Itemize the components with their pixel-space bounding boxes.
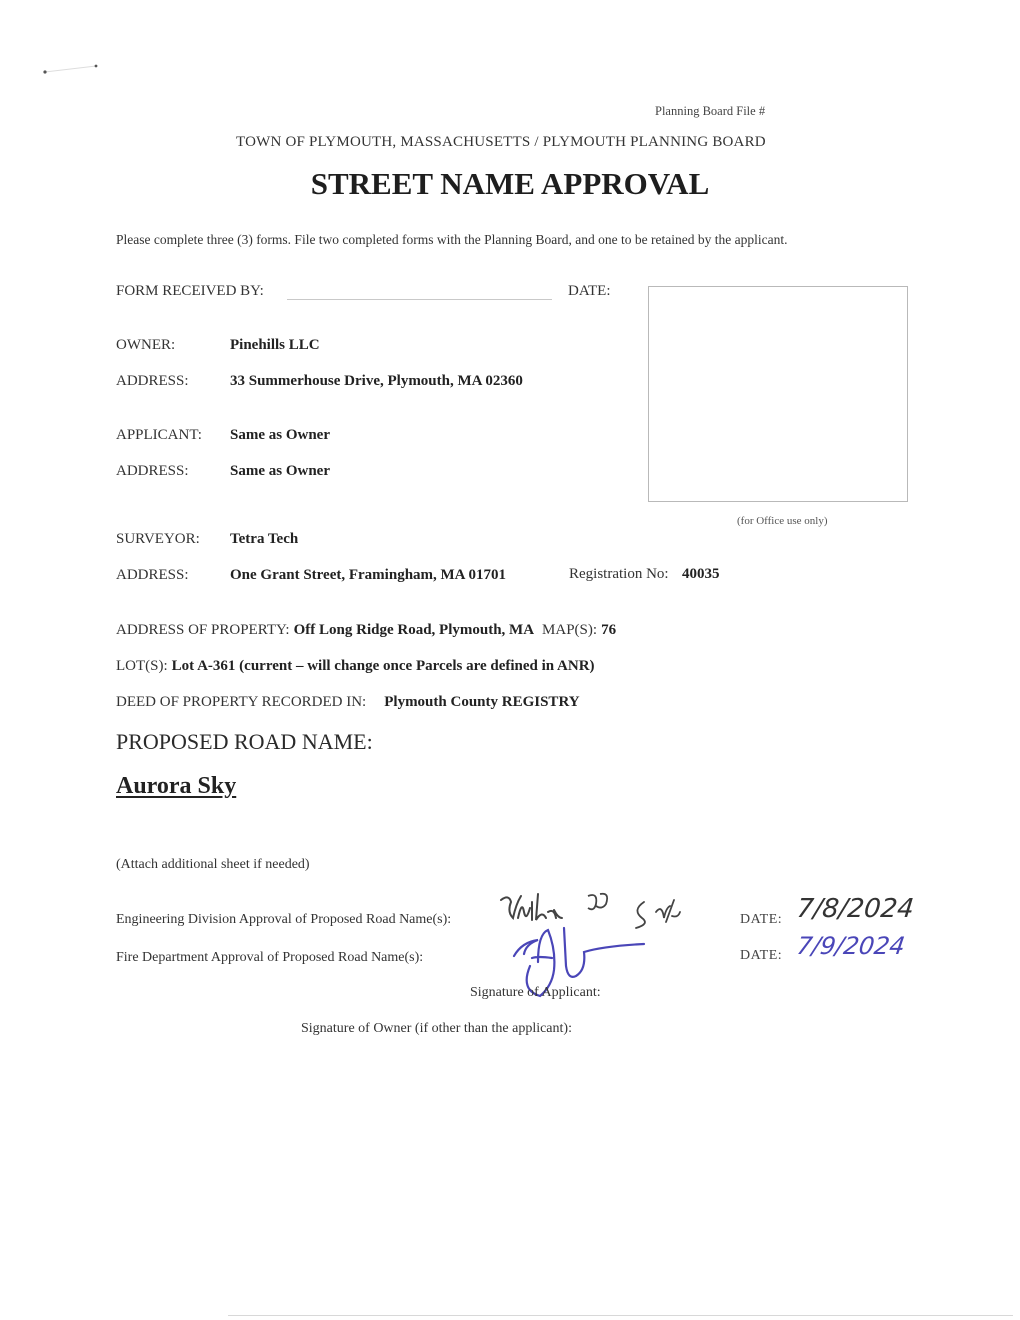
scan-artifact-mark bbox=[42, 62, 98, 74]
lots-label: LOT(S): bbox=[116, 658, 168, 674]
page-title: STREET NAME APPROVAL bbox=[0, 166, 1020, 202]
fire-date-label: DATE: bbox=[740, 948, 782, 964]
maps-label: MAP(S): bbox=[542, 622, 597, 638]
maps-value: 76 bbox=[601, 622, 616, 638]
deed-row: DEED OF PROPERTY RECORDED IN: Plymouth C… bbox=[116, 693, 580, 711]
fire-date-value: 7/9/2024 bbox=[795, 932, 907, 960]
scan-edge-line bbox=[228, 1315, 1013, 1316]
surveyor-label: SURVEYOR: bbox=[116, 531, 200, 548]
planning-board-file-label: Planning Board File # bbox=[655, 104, 765, 119]
property-address-label: ADDRESS OF PROPERTY: bbox=[116, 622, 290, 638]
owner-value: Pinehills LLC bbox=[230, 337, 320, 354]
property-address-value: Off Long Ridge Road, Plymouth, MA bbox=[294, 622, 534, 638]
signature-applicant-label: Signature of Applicant: bbox=[470, 985, 601, 1001]
office-use-box bbox=[648, 286, 908, 502]
property-address-row: ADDRESS OF PROPERTY: Off Long Ridge Road… bbox=[116, 621, 616, 639]
registration-label: Registration No: bbox=[569, 566, 669, 583]
surveyor-value: Tetra Tech bbox=[230, 531, 298, 548]
engineering-date-value: 7/8/2024 bbox=[795, 894, 915, 924]
owner-address-value: 33 Summerhouse Drive, Plymouth, MA 02360 bbox=[230, 373, 523, 390]
attach-sheet-note: (Attach additional sheet if needed) bbox=[116, 857, 310, 873]
fire-approval-label: Fire Department Approval of Proposed Roa… bbox=[116, 950, 423, 966]
engineering-approval-label: Engineering Division Approval of Propose… bbox=[116, 912, 451, 928]
lots-value: Lot A-361 (current – will change once Pa… bbox=[172, 658, 595, 674]
engineering-date-label: DATE: bbox=[740, 912, 782, 928]
registration-value: 40035 bbox=[682, 566, 720, 583]
deed-value: Plymouth County REGISTRY bbox=[384, 694, 579, 710]
instructions-text: Please complete three (3) forms. File tw… bbox=[116, 232, 787, 248]
applicant-value: Same as Owner bbox=[230, 427, 330, 444]
applicant-address-value: Same as Owner bbox=[230, 463, 330, 480]
applicant-address-label: ADDRESS: bbox=[116, 463, 189, 480]
form-received-by-field[interactable] bbox=[287, 299, 552, 300]
lots-row: LOT(S): Lot A-361 (current – will change… bbox=[116, 657, 595, 675]
signature-owner-label: Signature of Owner (if other than the ap… bbox=[301, 1021, 572, 1037]
surveyor-address-value: One Grant Street, Framingham, MA 01701 bbox=[230, 567, 506, 584]
proposed-road-name-label: PROPOSED ROAD NAME: bbox=[116, 729, 373, 755]
office-use-note: (for Office use only) bbox=[737, 515, 828, 527]
received-date-label: DATE: bbox=[568, 283, 611, 300]
deed-label: DEED OF PROPERTY RECORDED IN: bbox=[116, 694, 366, 710]
town-header: TOWN OF PLYMOUTH, MASSACHUSETTS / PLYMOU… bbox=[236, 134, 766, 151]
surveyor-address-label: ADDRESS: bbox=[116, 567, 189, 584]
owner-label: OWNER: bbox=[116, 337, 175, 354]
proposed-road-name-value: Aurora Sky bbox=[116, 773, 236, 800]
owner-address-label: ADDRESS: bbox=[116, 373, 189, 390]
applicant-label: APPLICANT: bbox=[116, 427, 202, 444]
form-received-by-label: FORM RECEIVED BY: bbox=[116, 283, 264, 300]
